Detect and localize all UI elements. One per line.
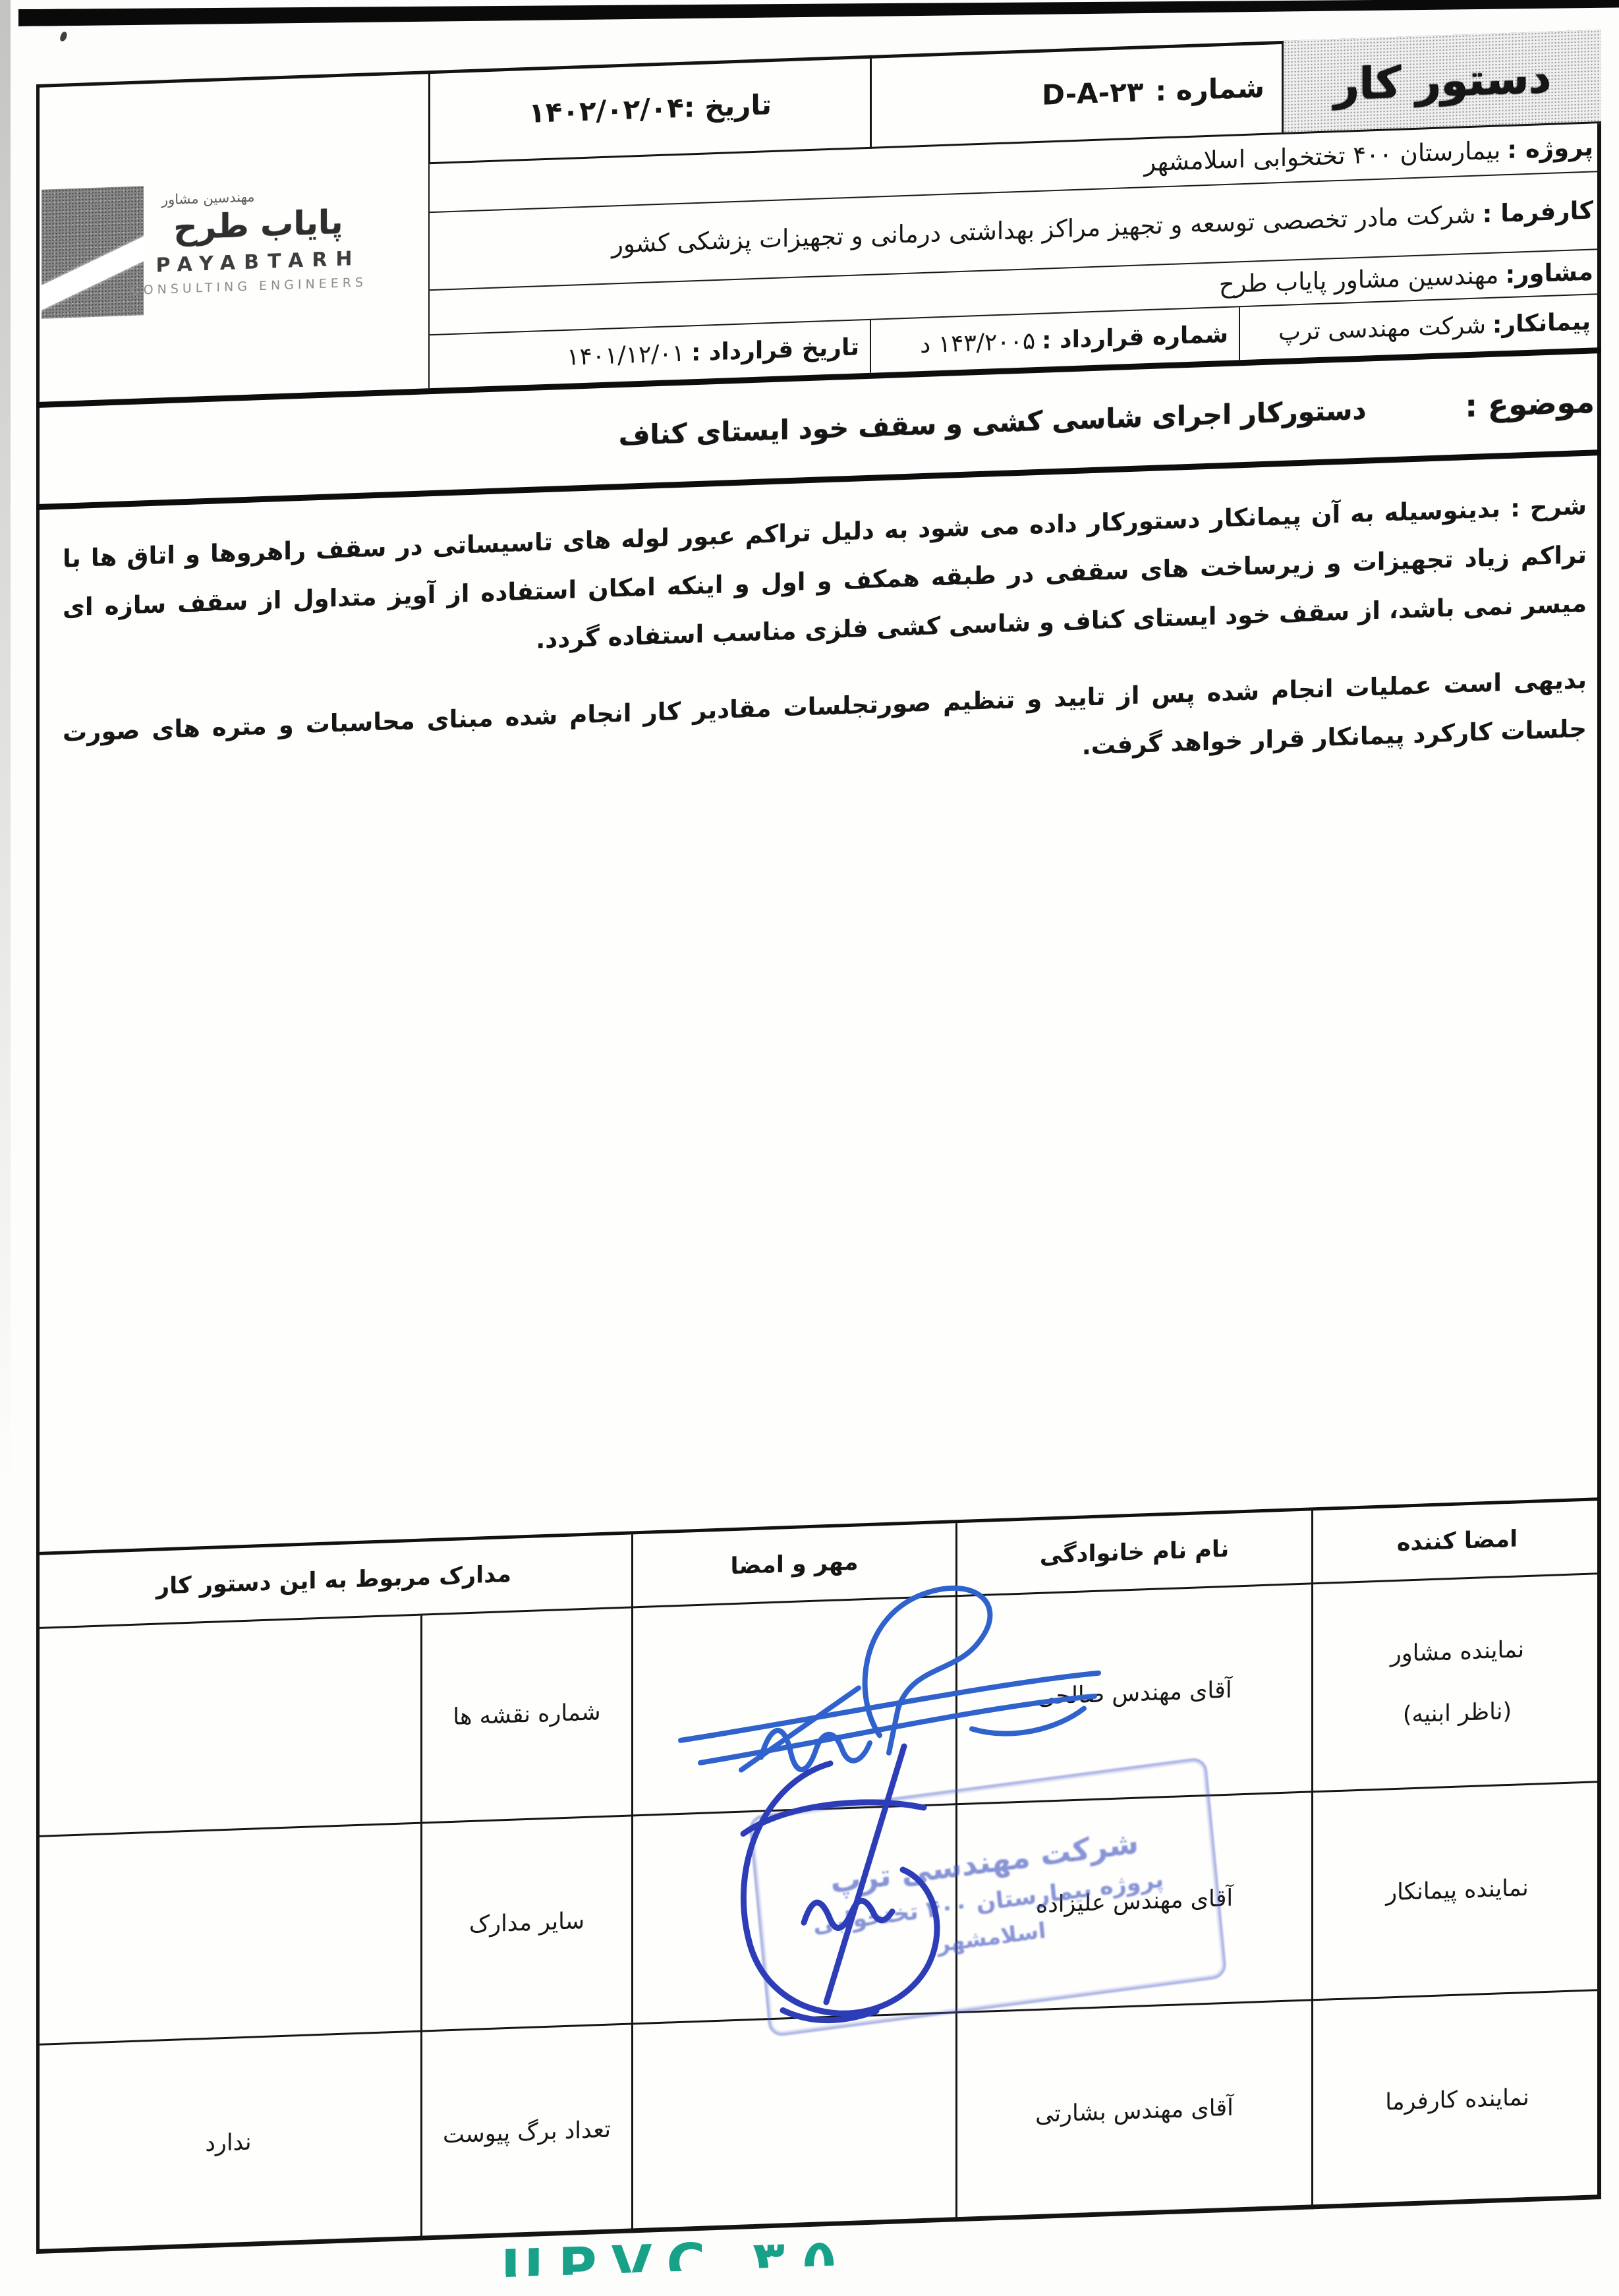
doc-type-title-cell: دستور کار bbox=[1282, 30, 1601, 134]
scan-artifact-top-streak bbox=[18, 0, 1619, 26]
signer-consultant: نماینده مشاور bbox=[1390, 1634, 1524, 1671]
contractor-value: شرکت مهندسی ترپ bbox=[1278, 312, 1486, 346]
doc-value-cell-attachments: ندارد bbox=[36, 2032, 420, 2254]
description-label: شرح : bbox=[1510, 492, 1587, 523]
contract-date-label: تاریخ قرارداد : bbox=[691, 333, 859, 366]
doc-date-label: تاریخ : bbox=[684, 88, 772, 124]
col-header-name: نام نام خانوادگی bbox=[955, 1510, 1311, 1597]
col-header-signer: امضا کننده bbox=[1311, 1501, 1601, 1584]
contractor-label: پیمانکار: bbox=[1492, 308, 1591, 338]
doc-label-cell-other: سایر مدارک bbox=[420, 1816, 631, 2032]
logo-brand-en-sub: CONSULTING ENGINEERS bbox=[150, 275, 367, 297]
description-section: شرح : بدینوسیله به آن پیمانکار دستورکار … bbox=[36, 461, 1601, 807]
contract-number-label: شماره قرارداد : bbox=[1042, 320, 1228, 354]
stamp-cell-client bbox=[631, 2013, 955, 2233]
logo-cell: مهندسین مشاور پایاب طرح PAYABTARH CONSUL… bbox=[36, 71, 428, 402]
signer-cell-contractor: نماینده پیمانکار bbox=[1311, 1783, 1601, 2001]
client-value: شرکت مادر تخصصی توسعه و تجهیز مراکز بهدا… bbox=[592, 196, 1475, 264]
signer-consultant-note: (ناظر ابنیه) bbox=[1403, 1695, 1512, 1731]
doc-value-cell-other bbox=[36, 1824, 420, 2046]
header-table: دستور کار شماره : D-A-۲۳ تاریخ :۱۴۰۲/۰۲/… bbox=[36, 30, 1601, 408]
contract-date-value: ۱۴۰۱/۱۲/۰۱ bbox=[567, 339, 685, 370]
name-cell-client: آقای مهندس بشارتی bbox=[955, 2001, 1311, 2222]
col-header-stamp: مهر و امضا bbox=[631, 1523, 955, 1608]
project-value: بیمارستان ۴۰۰ تختخوابی اسلامشهر bbox=[1124, 132, 1500, 182]
logo-text-block: مهندسین مشاور پایاب طرح PAYABTARH CONSUL… bbox=[150, 185, 367, 297]
logo-diagonal-stripe bbox=[42, 227, 144, 317]
subject-label: موضوع : bbox=[1465, 384, 1601, 424]
doc-number-cell: شماره : D-A-۲۳ bbox=[870, 41, 1282, 149]
doc-label-cell-attachments: تعداد برگ پیوست bbox=[420, 2024, 631, 2240]
stamp-line3: اسلامشهر bbox=[936, 1917, 1047, 1957]
signer-cell-client: نماینده کارفرما bbox=[1311, 1991, 1601, 2209]
payabtarh-logo-mark bbox=[42, 186, 144, 318]
doc-number-label: شماره : bbox=[1155, 71, 1264, 107]
consultant-label: مشاور: bbox=[1505, 254, 1593, 293]
doc-number-value: D-A-۲۳ bbox=[1042, 75, 1143, 111]
doc-date-cell: تاریخ :۱۴۰۲/۰۲/۰۴ bbox=[428, 55, 870, 164]
project-label: پروژه : bbox=[1507, 129, 1593, 169]
logo-brand-fa: پایاب طرح bbox=[150, 202, 367, 248]
scan-speck bbox=[59, 31, 68, 42]
stamp-cell-consultant bbox=[631, 1597, 955, 1816]
logo-brand-en: PAYABTARH bbox=[150, 246, 367, 277]
contract-number-value: ۱۴۳/۲۰۰۵ د bbox=[920, 328, 1035, 359]
doc-value-cell-drawings bbox=[36, 1616, 420, 1837]
consultant-value: مهندسین مشاور پایاب طرح bbox=[1199, 257, 1499, 304]
document-sheet: دستور کار شماره : D-A-۲۳ تاریخ :۱۴۰۲/۰۲/… bbox=[36, 30, 1601, 2254]
signer-cell-consultant: نماینده مشاور (ناظر ابنیه) bbox=[1311, 1574, 1601, 1793]
description-body: بدینوسیله به آن پیمانکار دستورکار داده م… bbox=[63, 494, 1587, 654]
scanned-work-order-page: { "header": { "title": "دستور کار", "num… bbox=[0, 0, 1619, 2296]
doc-date-value: ۱۴۰۲/۰۲/۰۴ bbox=[528, 92, 684, 129]
doc-label-cell-drawings: شماره نقشه ها bbox=[420, 1608, 631, 1823]
scan-edge-shadow bbox=[0, 0, 11, 1483]
subject-text: دستورکار اجرای شاسی کشی و سقف خود ایستای… bbox=[619, 394, 1367, 452]
doc-type-title: دستور کار bbox=[1334, 52, 1550, 110]
client-label: کارفرما : bbox=[1483, 192, 1593, 233]
